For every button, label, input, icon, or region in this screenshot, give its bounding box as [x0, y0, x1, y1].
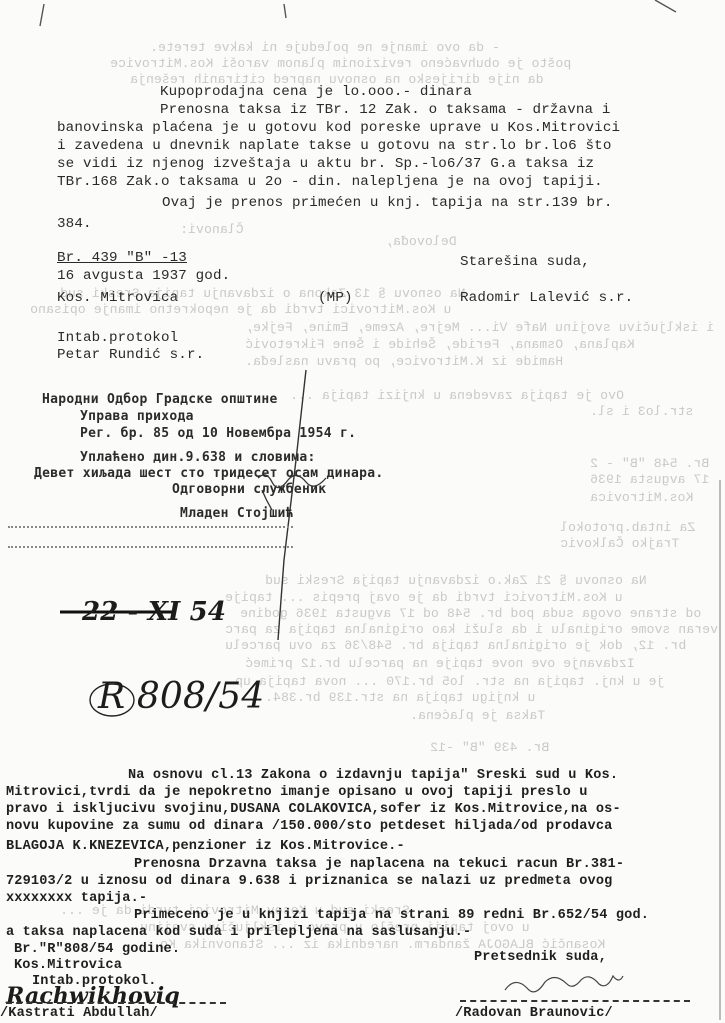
handwritten-date-mark: 22 - XI 54: [82, 598, 226, 626]
scanned-document-page: - da ovo imanje ne poleduje ni kakve ter…: [0, 0, 725, 1023]
left-signature: Rachwikhoviq: [6, 984, 180, 1008]
right-signer: /Radovan Braunovic/: [455, 1006, 613, 1022]
left-signer: /Kastrati Abdullah/: [0, 1006, 158, 1022]
top-edge-marks: [40, 0, 676, 26]
right-signature: [505, 976, 623, 992]
text-line: Na osnovu cl.13 Zakona o izdavnju tapija…: [128, 768, 618, 784]
court-president-title: Pretsednik suda,: [474, 950, 607, 966]
long-pen-stroke: [278, 370, 306, 640]
text-line: Primeceno je u knjizi tapija na strani 8…: [134, 908, 649, 924]
dotted-separator: [8, 546, 293, 548]
text-line: BLAGOJA K.KNEZEVICA,penzioner iz Kos.Mit…: [6, 839, 405, 855]
text-line: Prenosna Drzavna taksa je naplacena na t…: [134, 857, 624, 873]
text-line: novu kupovine za sumu od dinara /150.000…: [6, 819, 612, 835]
handwritten-case-mark: R 808/54: [98, 678, 264, 716]
text-line: Mitrovici,tvrdi da je nepokretno imanje …: [6, 785, 588, 801]
signature-line: [6, 1002, 226, 1004]
text-line: pravo i iskljucivu svojinu,DUSANA COLAKO…: [6, 802, 621, 818]
case-number: Br."R"808/54 godine.: [14, 942, 180, 958]
page-edge: [719, 480, 721, 1020]
dotted-separator: [8, 526, 293, 528]
text-line: 729103/2 u iznosu od dinara 9.638 i priz…: [6, 874, 612, 890]
entry-place: Kos.Mitrovica: [14, 958, 122, 974]
text-line: a taksa naplacena kod suda i prilepljena…: [6, 925, 471, 941]
signature-line: [460, 1000, 690, 1002]
text-line: xxxxxxxx tapija.-: [6, 891, 147, 907]
